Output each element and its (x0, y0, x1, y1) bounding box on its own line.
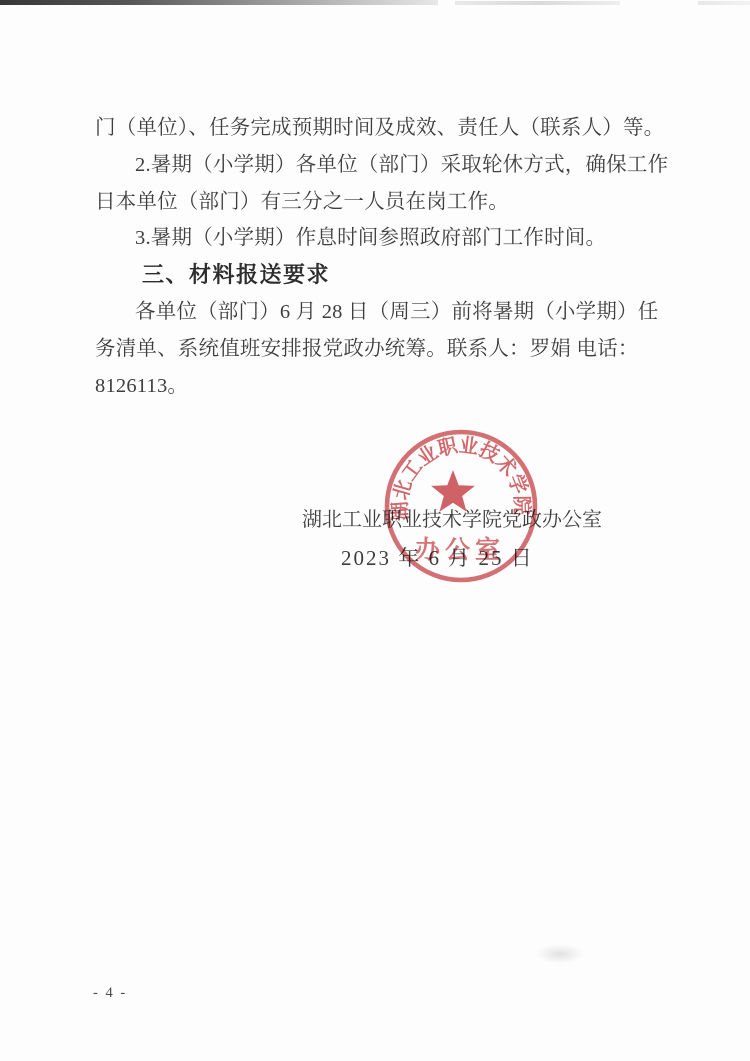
seal-bottom-text: 办公室 (415, 536, 505, 564)
scan-artifact-top-right (698, 1, 750, 5)
scan-artifact-top-middle (455, 1, 620, 5)
seal-arc-text-container: 湖北工业职业技术学院 (387, 434, 534, 522)
seal-star-icon (431, 470, 475, 512)
seal-arc-text: 湖北工业职业技术学院 (387, 434, 534, 522)
body-line: 各单位（部门）6 月 28 日（周三）前将暑期（小学期）任 (95, 294, 680, 331)
body-line: 门（单位）、任务完成预期时间及成效、责任人（联系人）等。 (95, 110, 680, 147)
body-line: 务清单、系统值班安排报党政办统筹。联系人：罗娟 电话： (95, 331, 680, 368)
scan-artifact-top-left (0, 0, 438, 5)
scanned-document-page: 门（单位）、任务完成预期时间及成效、责任人（联系人）等。 2.暑期（小学期）各单… (0, 0, 750, 1061)
page-number: - 4 - (93, 985, 127, 1002)
body-line: 8126113。 (95, 368, 680, 405)
scan-artifact-smudge (536, 944, 584, 964)
official-seal-stamp: 湖北工业职业技术学院 办公室 (376, 421, 546, 591)
body-line: 日本单位（部门）有三分之一人员在岗工作。 (95, 184, 680, 221)
document-body: 门（单位）、任务完成预期时间及成效、责任人（联系人）等。 2.暑期（小学期）各单… (95, 110, 680, 404)
body-line: 3.暑期（小学期）作息时间参照政府部门工作时间。 (95, 220, 680, 257)
body-line: 2.暑期（小学期）各单位（部门）采取轮休方式，确保工作 (95, 147, 680, 184)
section-heading: 三、材料报送要求 (95, 257, 680, 294)
